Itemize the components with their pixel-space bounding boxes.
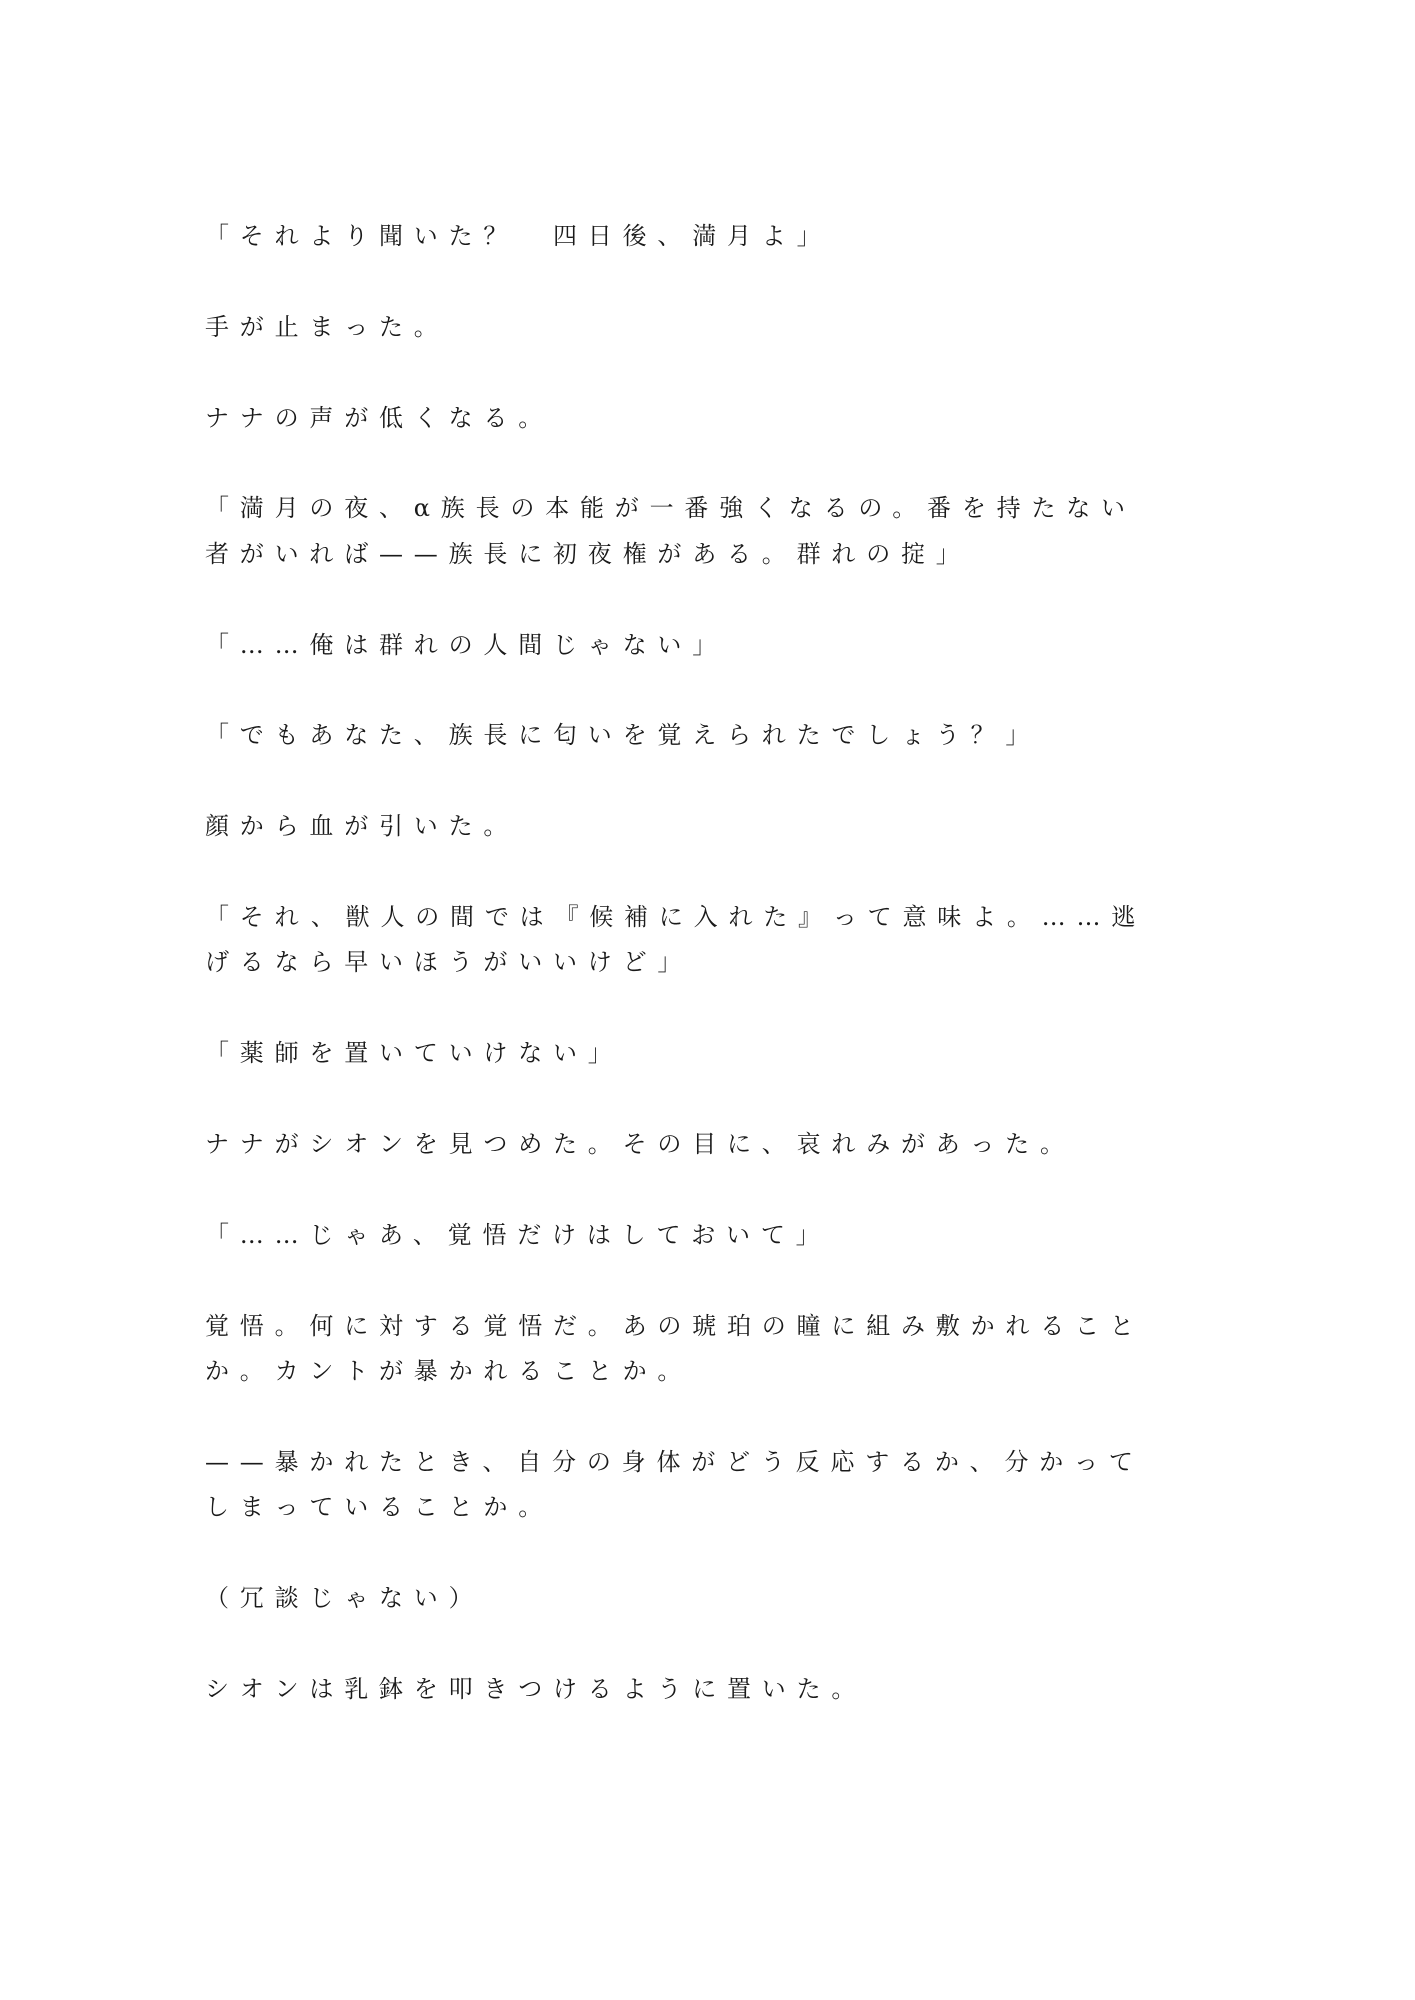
paragraph-dialogue-candidate: 「それ、獣人の間では『候補に入れた』って意味よ。……逃げるなら早いほうがいいけど… [205, 895, 1165, 986]
paragraph-body-reaction: ——暴かれたとき、自分の身体がどう反応するか、分かってしまっていることか。 [205, 1440, 1165, 1531]
paragraph-blood-drained: 顔から血が引いた。 [205, 804, 1165, 849]
paragraph-hands-stopped: 手が止まった。 [205, 305, 1165, 350]
paragraph-nana-voice-lowers: ナナの声が低くなる。 [205, 396, 1165, 441]
paragraph-dialogue-be-prepared: 「……じゃあ、覚悟だけはしておいて」 [205, 1213, 1165, 1258]
paragraph-dialogue-scent: 「でもあなた、族長に匂いを覚えられたでしょう？」 [205, 713, 1165, 758]
paragraph-resolve-monologue: 覚悟。何に対する覚悟だ。あの琥珀の瞳に組み敷かれることか。カントが暴かれることか… [205, 1304, 1165, 1395]
paragraph-dialogue-full-moon: 「それより聞いた？ 四日後、満月よ」 [205, 214, 1165, 259]
paragraph-dialogue-pharmacist: 「薬師を置いていけない」 [205, 1031, 1165, 1076]
paragraph-inner-thought: （冗談じゃない） [205, 1576, 1165, 1621]
manuscript-page: 「それより聞いた？ 四日後、満月よ」 手が止まった。 ナナの声が低くなる。 「満… [205, 214, 1165, 1712]
paragraph-dialogue-not-pack: 「……俺は群れの人間じゃない」 [205, 623, 1165, 668]
paragraph-mortar-slammed: シオンは乳鉢を叩きつけるように置いた。 [205, 1667, 1165, 1712]
paragraph-nana-stares: ナナがシオンを見つめた。その目に、哀れみがあった。 [205, 1122, 1165, 1167]
paragraph-dialogue-alpha-chief: 「満月の夜、α族長の本能が一番強くなるの。番を持たない者がいれば——族長に初夜権… [205, 486, 1165, 577]
